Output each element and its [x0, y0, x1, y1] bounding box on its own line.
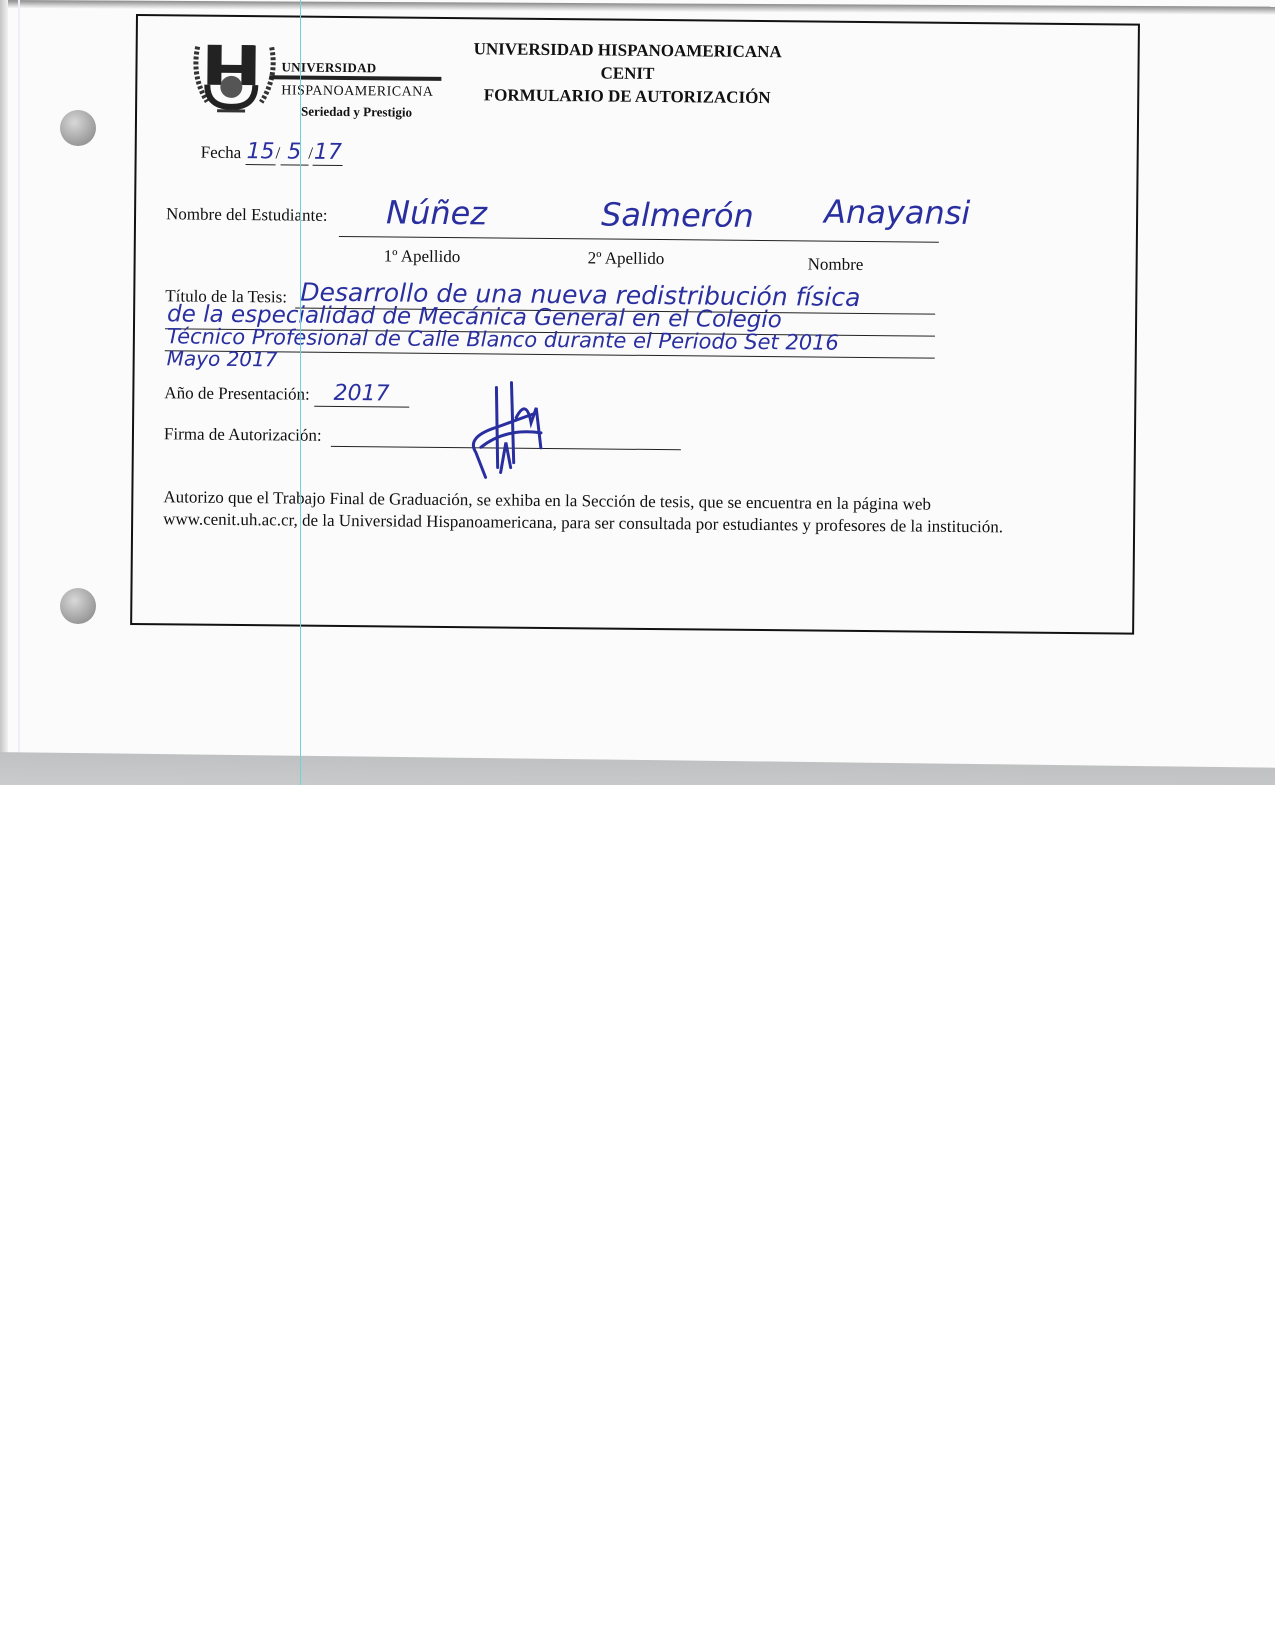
form-header: UNIVERSIDAD HISPANOAMERICANA CENIT FORMU… [427, 37, 828, 110]
authorization-form: UNIVERSIDAD HISPANOAMERICANA Seriedad y … [130, 14, 1140, 635]
uh-logo-icon [189, 37, 280, 118]
apellido2-field[interactable]: Salmerón [601, 195, 754, 234]
scan-top-edge [0, 0, 1275, 15]
signature-icon[interactable] [455, 367, 566, 498]
anio-label: Año de Presentación: [164, 383, 310, 403]
anio-field[interactable]: 2017 [314, 381, 409, 408]
apellido1-label: 1º Apellido [384, 246, 461, 267]
tesis-line-4[interactable]: Mayo 2017 [167, 346, 278, 371]
anio-row: Año de Presentación: 2017 [164, 379, 409, 407]
authorization-note: Autorizo que el Trabajo Final de Graduac… [163, 486, 1063, 539]
firma-label: Firma de Autorización: [164, 424, 322, 446]
student-name-line [339, 236, 939, 243]
logo-word-universidad: UNIVERSIDAD [281, 59, 376, 76]
logo-tagline: Seriedad y Prestigio [301, 104, 412, 121]
apellido1-field[interactable]: Núñez [386, 193, 487, 232]
punch-hole-icon [60, 110, 96, 146]
student-name-label: Nombre del Estudiante: [166, 204, 328, 226]
apellido2-label: 2º Apellido [588, 248, 665, 269]
fecha-label: Fecha [201, 143, 242, 162]
logo-bar [269, 75, 441, 81]
fecha-row: Fecha 15/5/17 [201, 139, 344, 166]
fecha-year[interactable]: 17 [313, 140, 343, 166]
scan-left-margin-line [18, 0, 20, 760]
scan-guide-line [300, 0, 301, 785]
header-form-title: FORMULARIO DE AUTORIZACIÓN [427, 83, 827, 110]
fecha-day[interactable]: 15 [245, 139, 275, 165]
punch-hole-icon [60, 588, 96, 624]
scan-bottom-edge [0, 752, 1275, 785]
nombre-label: Nombre [808, 254, 864, 275]
nombre-field[interactable]: Anayansi [824, 193, 971, 232]
scanned-page: UNIVERSIDAD HISPANOAMERICANA Seriedad y … [0, 0, 1275, 785]
scan-left-edge [0, 0, 8, 785]
university-logo: UNIVERSIDAD HISPANOAMERICANA Seriedad y … [189, 37, 450, 129]
fecha-month[interactable]: 5 [280, 139, 308, 165]
logo-word-hispanoamericana: HISPANOAMERICANA [281, 83, 433, 100]
header-university: UNIVERSIDAD HISPANOAMERICANA [428, 37, 828, 64]
